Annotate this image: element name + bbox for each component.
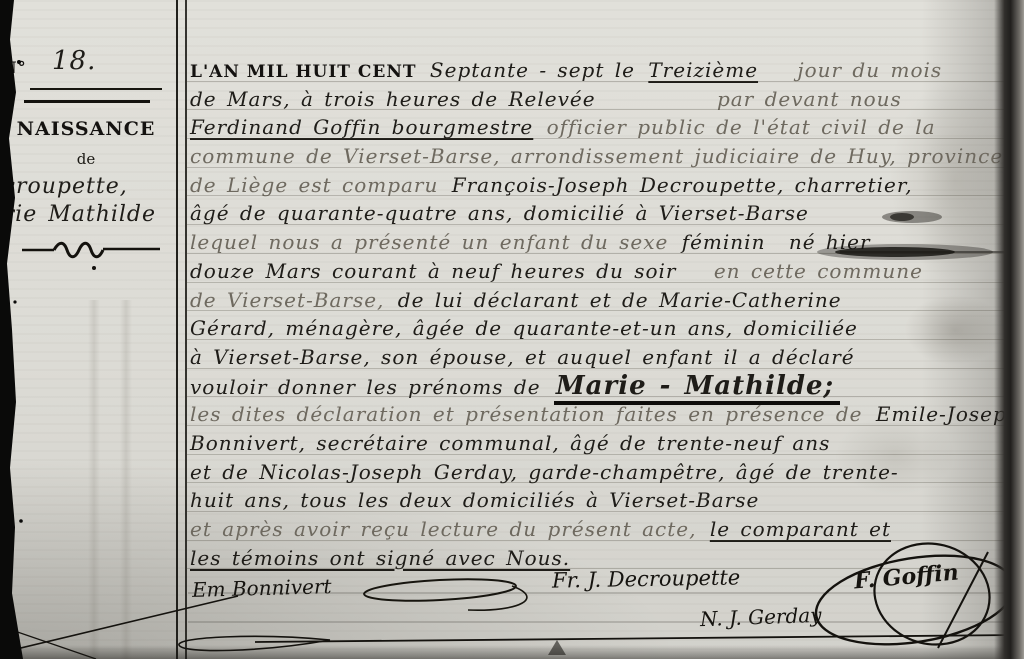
act-line-4: commune de Vierset-Barse, arrondissement… [190,142,1004,171]
act-line-7: lequel nous a présenté un enfant du sexe… [190,228,1004,257]
bottom-edge-mark [548,640,566,655]
act-line-6: âgé de quarante-quatre ans, domicilié à … [190,199,1004,228]
act-line-2: de Mars, à trois heures de Relevée par d… [190,85,1004,114]
margin-of-label: de [6,150,166,168]
handwritten-text: Gérard, ménagère, âgée de quarante-et-un… [190,316,858,340]
handwritten-text: féminin [682,230,766,254]
act-line-15: et de Nicolas-Joseph Gerday, garde-champ… [190,458,1004,487]
act-body: L'AN MIL HUIT CENT Septante - sept le Tr… [190,56,1004,572]
handwritten-text: douze Mars courant à neuf heures du soir [190,259,676,283]
paper-fold-shadow [88,300,100,659]
handwritten-text: et après avoir reçu lecture du présent a… [190,517,696,541]
act-line-11: à Vierset-Barse, son épouse, et auquel e… [190,343,1004,372]
handwritten-text: officier public de l'état civil de la [547,115,936,139]
act-number-value: 18. [52,46,96,76]
handwritten-text: de Vierset-Barse, [190,288,384,312]
scanned-birth-record: N° 18. NAISSANCE de Decroupette, Marie M… [0,0,1024,659]
handwritten-text: commune de Vierset-Barse, arrondissement… [190,144,1003,168]
act-line-13: les dites déclaration et présentation fa… [190,400,1004,429]
margin-vertical-rule [185,0,187,659]
handwritten-text: le comparant et [710,517,891,541]
margin-surname: Decroupette, [0,174,128,199]
act-line-5: de Liège est comparu François-Joseph Dec… [190,171,1004,200]
signature-decroupette: Fr. J. Decroupette [552,565,741,592]
act-line-17: et après avoir reçu lecture du présent a… [190,515,1004,544]
handwritten-text: Bonnivert, secrétaire communal, âgé de t… [190,431,830,455]
handwritten-text: Treizième [648,58,758,82]
handwritten-text: les dites déclaration et présentation fa… [190,402,863,426]
handwritten-text: et de Nicolas-Joseph Gerday, garde-champ… [190,460,899,484]
handwritten-text: Ferdinand Goffin bourgmestre [190,115,533,139]
scan-left-edge [0,0,30,659]
signature-bonnivert: Em Bonnivert [192,574,332,602]
act-line-10: Gérard, ménagère, âgée de quarante-et-un… [190,314,1004,343]
handwritten-text: vouloir donner les prénoms de [190,375,541,399]
margin-firstnames: Marie Mathilde [0,202,156,227]
act-line-9: de Vierset-Barse, de lui déclarant et de… [190,286,1004,315]
handwritten-text: de lui déclarant et de Marie-Catherine [398,288,842,312]
printed-form-text: L'AN MIL HUIT CENT [190,62,417,82]
signature-gerday: N. J. Gerday [700,603,822,631]
act-line-16: huit ans, tous les deux domiciliés à Vie… [190,486,1004,515]
margin-vertical-rule [176,0,178,659]
act-number-label: N° [2,58,27,77]
handwritten-text: âgé de quarante-quatre ans, domicilié à … [190,201,809,225]
handwritten-text: Septante - sept le [430,58,635,82]
handwritten-text: Emile-Joseph [876,402,1021,426]
handwritten-text: de Liège est comparu [190,173,438,197]
act-line-12: vouloir donner les prénoms de Marie - Ma… [190,372,1004,401]
act-line-3: Ferdinand Goffin bourgmestre officier pu… [190,113,1004,142]
paper-fold-shadow [120,300,132,659]
margin-title: NAISSANCE [6,118,166,140]
handwritten-text: François-Joseph Decroupette, charretier, [452,173,913,197]
handwritten-text: huit ans, tous les deux domiciliés à Vie… [190,488,759,512]
handwritten-text: de Mars, à trois heures de Relevée [190,87,596,111]
margin-divider-rule [24,100,150,103]
handwritten-text: né hier [789,230,871,254]
handwritten-text: jour du mois [797,58,942,82]
handwritten-text: par devant nous [717,87,902,111]
handwritten-text: en cette commune [714,259,923,283]
handwritten-text: lequel nous a présenté un enfant du sexe [190,230,668,254]
act-line-1: L'AN MIL HUIT CENT Septante - sept le Tr… [190,56,1004,85]
act-line-14: Bonnivert, secrétaire communal, âgé de t… [190,429,1004,458]
handwritten-text: à Vierset-Barse, son épouse, et auquel e… [190,345,855,369]
handwritten-text: les témoins ont signé avec Nous. [190,546,570,570]
bottom-scan-shadow [0,645,1024,659]
act-line-8: douze Mars courant à neuf heures du soir… [190,257,1004,286]
number-underline [30,88,162,90]
